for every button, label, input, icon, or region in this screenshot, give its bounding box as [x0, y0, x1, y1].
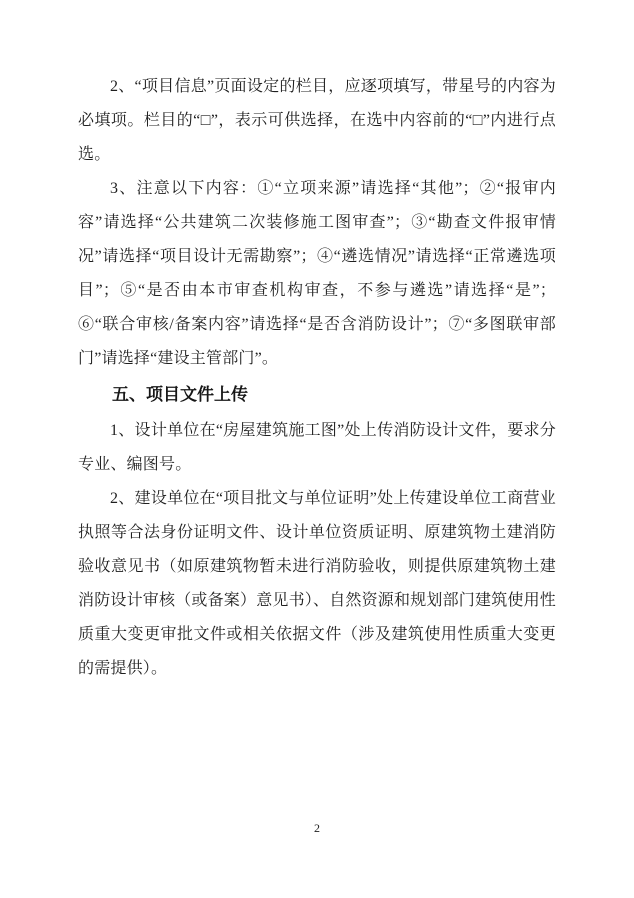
paragraph: 3、注意以下内容：①“立项来源”请选择“其他”；②“报审内容”请选择“公共建筑二… [78, 172, 556, 376]
paragraph: 2、“项目信息”页面设定的栏目，应逐项填写，带星号的内容为必填项。栏目的“□”，… [78, 70, 556, 172]
paragraph: 1、设计单位在“房屋建筑施工图”处上传消防设计文件，要求分专业、编图号。 [78, 414, 556, 482]
document-page: 2、“项目信息”页面设定的栏目，应逐项填写，带星号的内容为必填项。栏目的“□”，… [0, 0, 634, 898]
page-number: 2 [0, 820, 634, 836]
document-content: 2、“项目信息”页面设定的栏目，应逐项填写，带星号的内容为必填项。栏目的“□”，… [78, 70, 556, 686]
paragraph: 2、建设单位在“项目批文与单位证明”处上传建设单位工商营业执照等合法身份证明文件… [78, 482, 556, 686]
section-heading: 五、项目文件上传 [78, 376, 556, 414]
